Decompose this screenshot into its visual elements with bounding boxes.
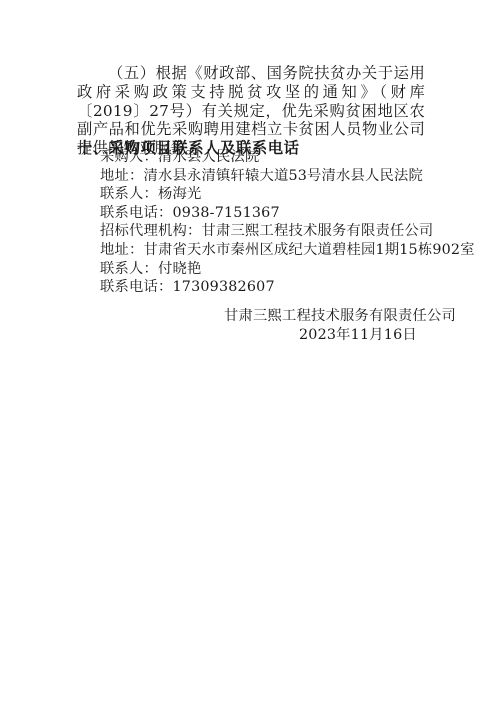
contact-row-agency-address: 地址：甘肃省天水市秦州区成纪大道碧桂园1期15栋902室 <box>100 241 475 260</box>
contact-label: 联系电话： <box>100 279 172 295</box>
contact-label: 招标代理机构： <box>100 223 201 239</box>
contact-label: 地址： <box>100 168 144 184</box>
contact-row-agency-phone: 联系电话：17309382607 <box>100 278 475 297</box>
contact-value: 甘肃省天水市秦州区成纪大道碧桂园1期15栋902室 <box>144 242 475 258</box>
contact-label: 联系电话： <box>100 205 172 221</box>
contact-row-purchaser-person: 联系人：杨海光 <box>100 185 475 204</box>
document-page: （五）根据《财政部、国务院扶贫办关于运用政府采购政策支持脱贫攻坚的通知》（财库〔… <box>0 0 500 706</box>
contact-row-purchaser-address: 地址：清水县永清镇轩辕大道53号清水县人民法院 <box>100 167 475 186</box>
contact-value: 杨海光 <box>158 186 202 202</box>
contact-label: 联系人： <box>100 186 158 202</box>
contact-value: 付晓艳 <box>158 261 202 277</box>
contact-row-purchaser: 采购人：清水县人民法院 <box>100 148 475 167</box>
contact-label: 采购人： <box>100 149 158 165</box>
contact-value: 0938-7151367 <box>172 205 279 221</box>
contact-value: 17309382607 <box>172 279 274 295</box>
contact-row-purchaser-phone: 联系电话：0938-7151367 <box>100 204 475 223</box>
contact-label: 地址： <box>100 242 144 258</box>
contact-label: 联系人： <box>100 261 158 277</box>
signature-company: 甘肃三熙工程技术服务有限责任公司 <box>224 307 456 326</box>
signature-block: 甘肃三熙工程技术服务有限责任公司 2023年11月16日 <box>224 307 456 345</box>
contact-row-agency-person: 联系人：付晓艳 <box>100 260 475 279</box>
contact-list: 采购人：清水县人民法院 地址：清水县永清镇轩辕大道53号清水县人民法院 联系人：… <box>100 148 475 297</box>
contact-value: 清水县人民法院 <box>158 149 259 165</box>
contact-value: 清水县永清镇轩辕大道53号清水县人民法院 <box>144 168 424 184</box>
signature-date: 2023年11月16日 <box>224 326 456 345</box>
contact-value: 甘肃三熙工程技术服务有限责任公司 <box>201 223 433 239</box>
contact-row-agency: 招标代理机构：甘肃三熙工程技术服务有限责任公司 <box>100 222 475 241</box>
